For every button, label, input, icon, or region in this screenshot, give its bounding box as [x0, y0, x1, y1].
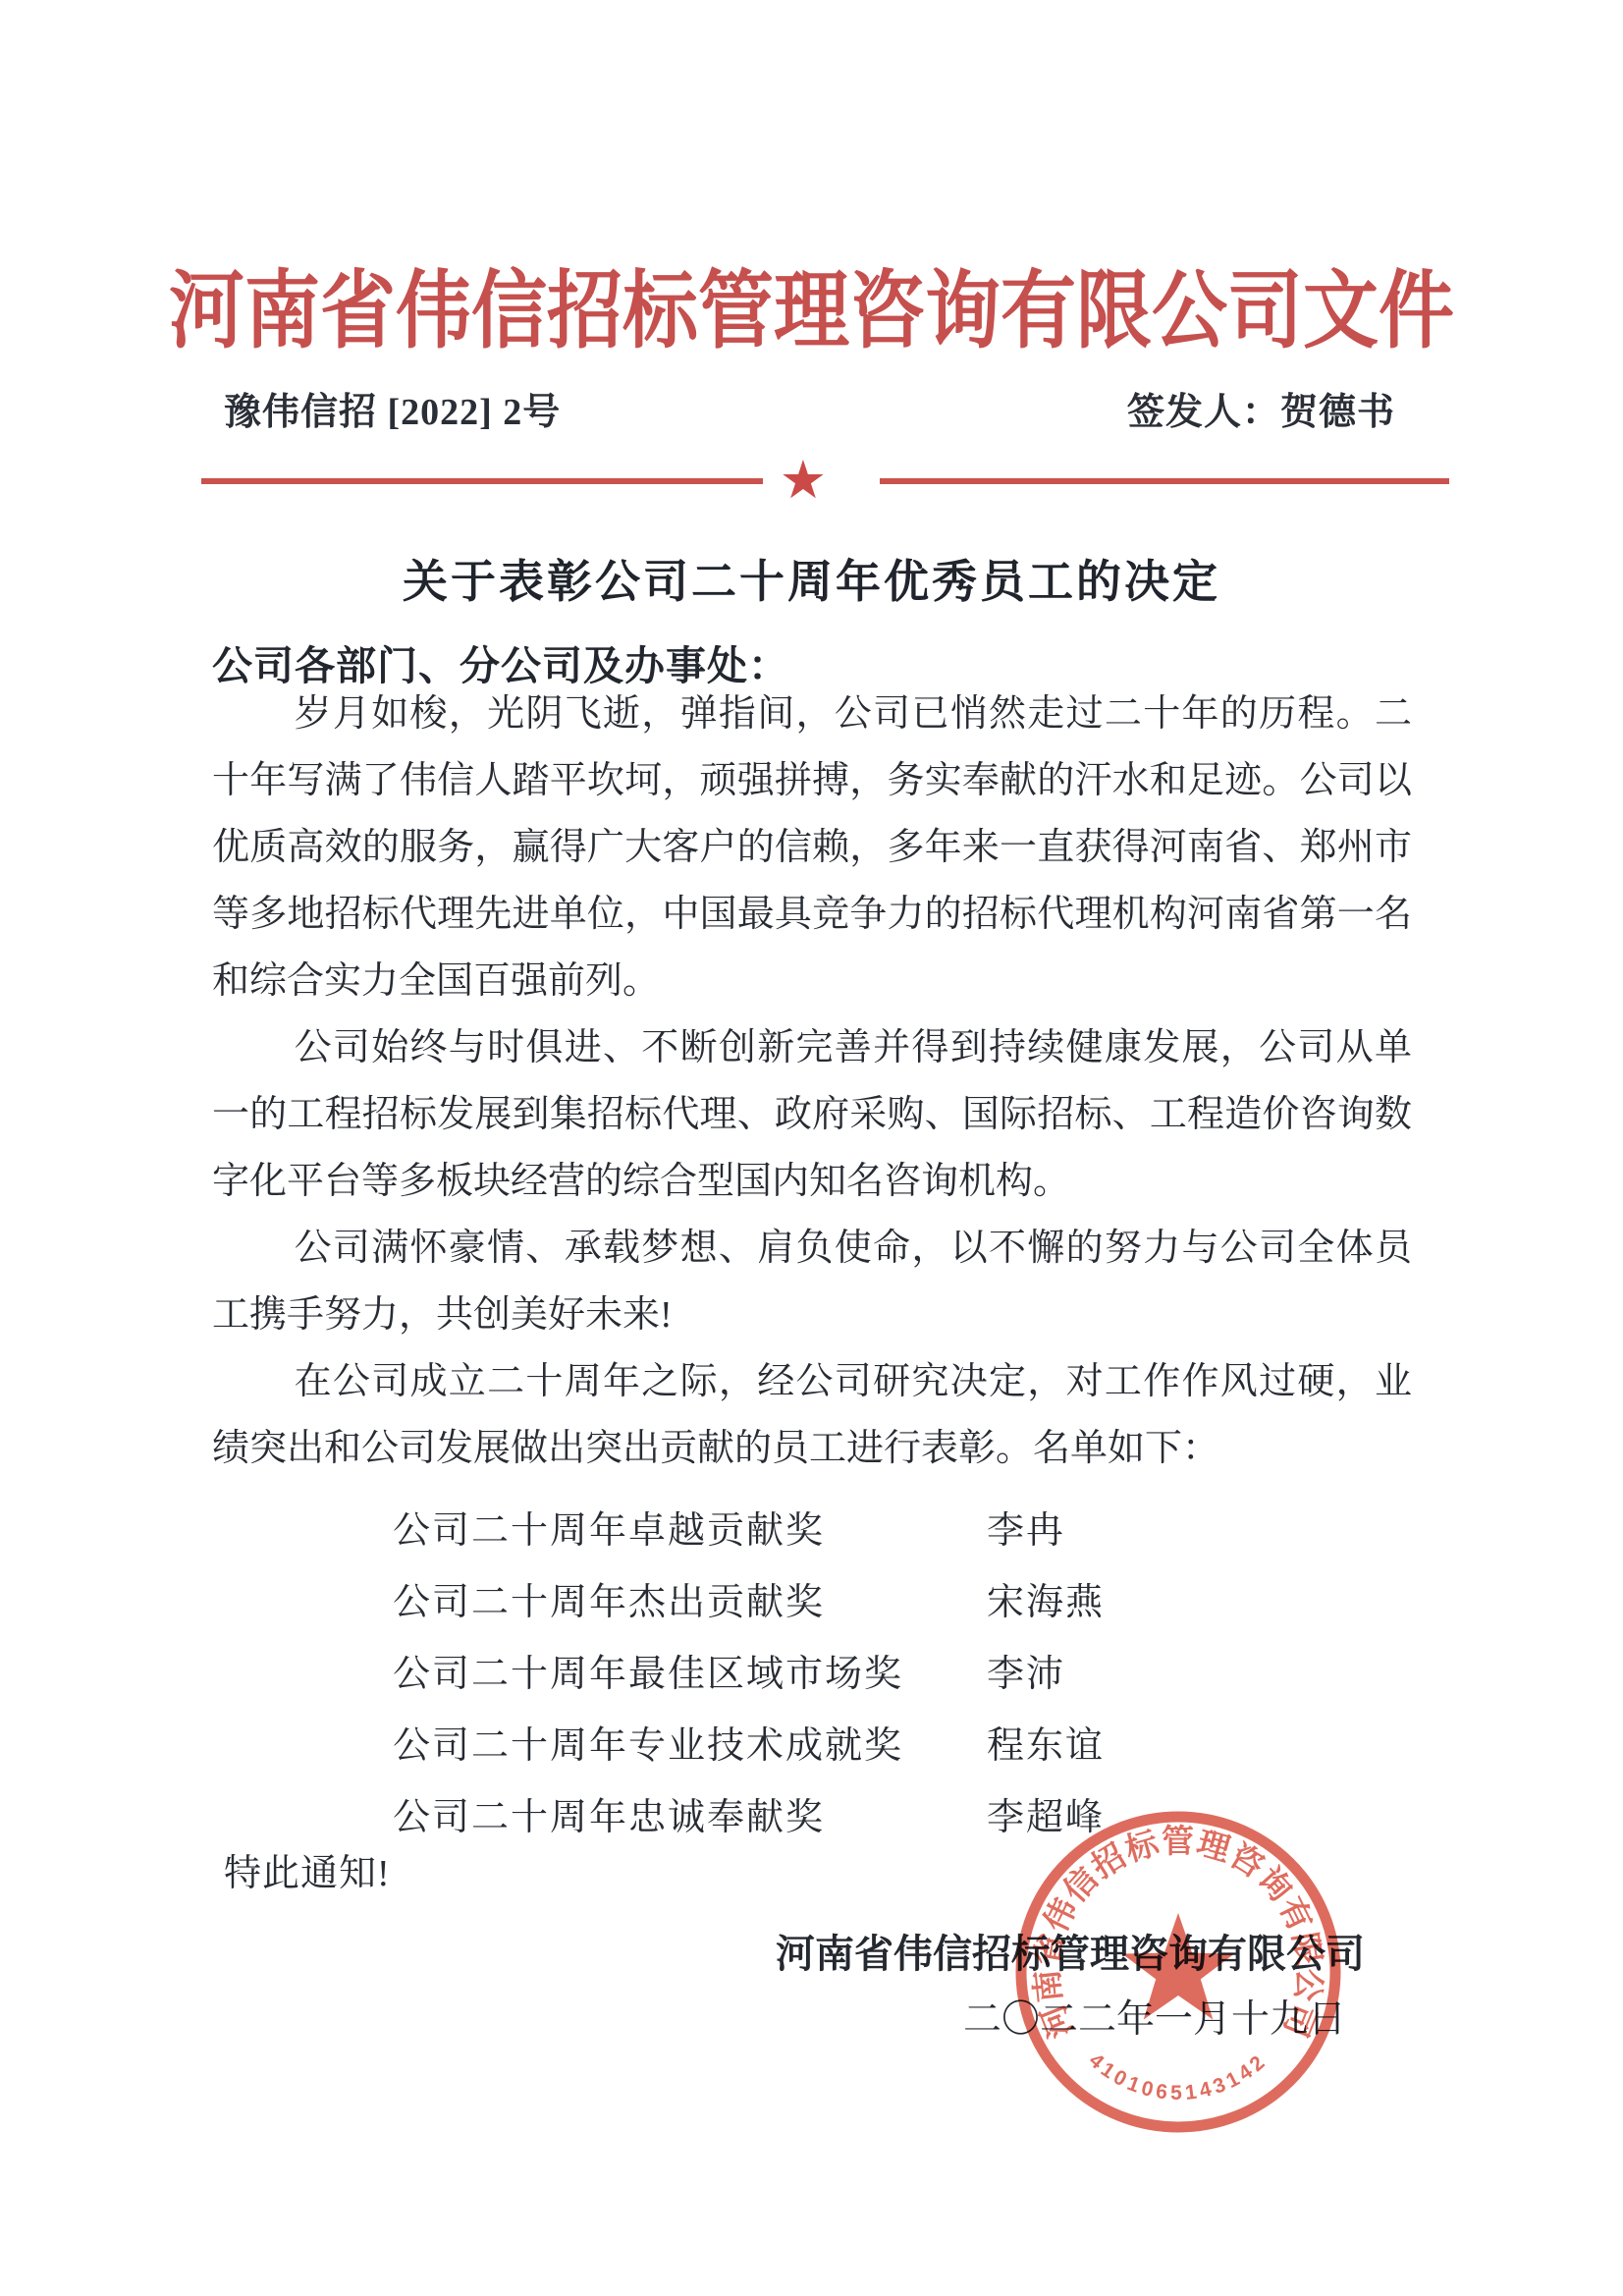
award-title: 公司二十周年杰出贡献奖 — [393, 1567, 825, 1639]
award-winner: 宋海燕 — [987, 1567, 1105, 1639]
red-divider-line-right — [880, 478, 1449, 484]
star-icon: ★ — [776, 452, 831, 509]
award-list: 公司二十周年卓越贡献奖 李冉 公司二十周年杰出贡献奖 宋海燕 公司二十周年最佳区… — [212, 1496, 1412, 1854]
seal-graphic: 河南省伟信招标管理咨询有限公司 4101065143142 — [1009, 1805, 1347, 2139]
closing-note: 特此通知! — [224, 1842, 391, 1896]
paragraph-1: 岁月如梭，光阴飞逝，弹指间，公司已悄然走过二十年的历程。二十年写满了伟信人踏平坎… — [212, 681, 1412, 1014]
doc-number: 豫伟信招 [2022] 2号 — [224, 381, 561, 435]
award-row: 公司二十周年卓越贡献奖 李冉 — [212, 1496, 1412, 1567]
doc-info-row: 豫伟信招 [2022] 2号 签发人：贺德书 — [224, 381, 1395, 435]
award-winner: 李冉 — [987, 1496, 1065, 1567]
award-row: 公司二十周年杰出贡献奖 宋海燕 — [212, 1567, 1412, 1639]
seal-star-icon — [1122, 1913, 1234, 2020]
award-title: 公司二十周年卓越贡献奖 — [393, 1496, 825, 1567]
official-document-page: 河南省伟信招标管理咨询有限公司文件 豫伟信招 [2022] 2号 签发人：贺德书… — [0, 0, 1623, 2296]
paragraph-4: 在公司成立二十周年之际，经公司研究决定，对工作作风过硬，业绩突出和公司发展做出突… — [212, 1348, 1412, 1482]
award-winner: 李沛 — [987, 1639, 1065, 1711]
document-title: 关于表彰公司二十周年优秀员工的决定 — [0, 546, 1623, 611]
award-row: 公司二十周年专业技术成就奖 程东谊 — [212, 1711, 1412, 1782]
red-divider-line-left — [201, 478, 763, 484]
letterhead-title: 河南省伟信招标管理咨询有限公司文件 — [0, 243, 1623, 364]
seal-code-text: 4101065143142 — [1085, 2049, 1272, 2104]
company-seal-stamp: 河南省伟信招标管理咨询有限公司 4101065143142 — [1009, 1805, 1347, 2139]
award-row: 公司二十周年最佳区域市场奖 李沛 — [212, 1639, 1412, 1711]
paragraph-2: 公司始终与时俱进、不断创新完善并得到持续健康发展，公司从单一的工程招标发展到集招… — [212, 1014, 1412, 1215]
document-body: 岁月如梭，光阴飞逝，弹指间，公司已悄然走过二十年的历程。二十年写满了伟信人踏平坎… — [212, 681, 1412, 1482]
signer-name: 签发人：贺德书 — [1127, 381, 1395, 435]
award-title: 公司二十周年忠诚奉献奖 — [393, 1782, 825, 1854]
paragraph-3: 公司满怀豪情、承载梦想、肩负使命，以不懈的努力与公司全体员工携手努力，共创美好未… — [212, 1215, 1412, 1348]
award-title: 公司二十周年专业技术成就奖 — [393, 1711, 903, 1782]
svg-text:4101065143142: 4101065143142 — [1085, 2049, 1272, 2104]
award-title: 公司二十周年最佳区域市场奖 — [393, 1639, 903, 1711]
award-winner: 程东谊 — [987, 1711, 1105, 1782]
